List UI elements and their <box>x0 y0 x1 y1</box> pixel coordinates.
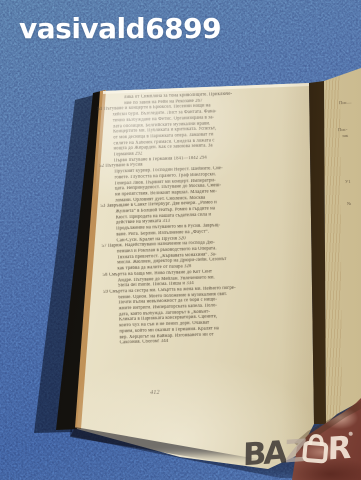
product-photo: лика от Симплона за тона криволиците. Пр… <box>0 0 361 480</box>
bazar-logo: BAZ R <box>242 427 361 480</box>
table-of-contents: лика от Симплона за тона криволиците. Пр… <box>97 89 315 346</box>
logo-letter-r: R <box>327 428 349 470</box>
logo-letters-ba: BA <box>243 432 285 475</box>
page-number: 412 <box>150 389 160 396</box>
registered-mark-dot <box>349 432 353 436</box>
seller-watermark: vasivald6899 <box>19 12 221 45</box>
